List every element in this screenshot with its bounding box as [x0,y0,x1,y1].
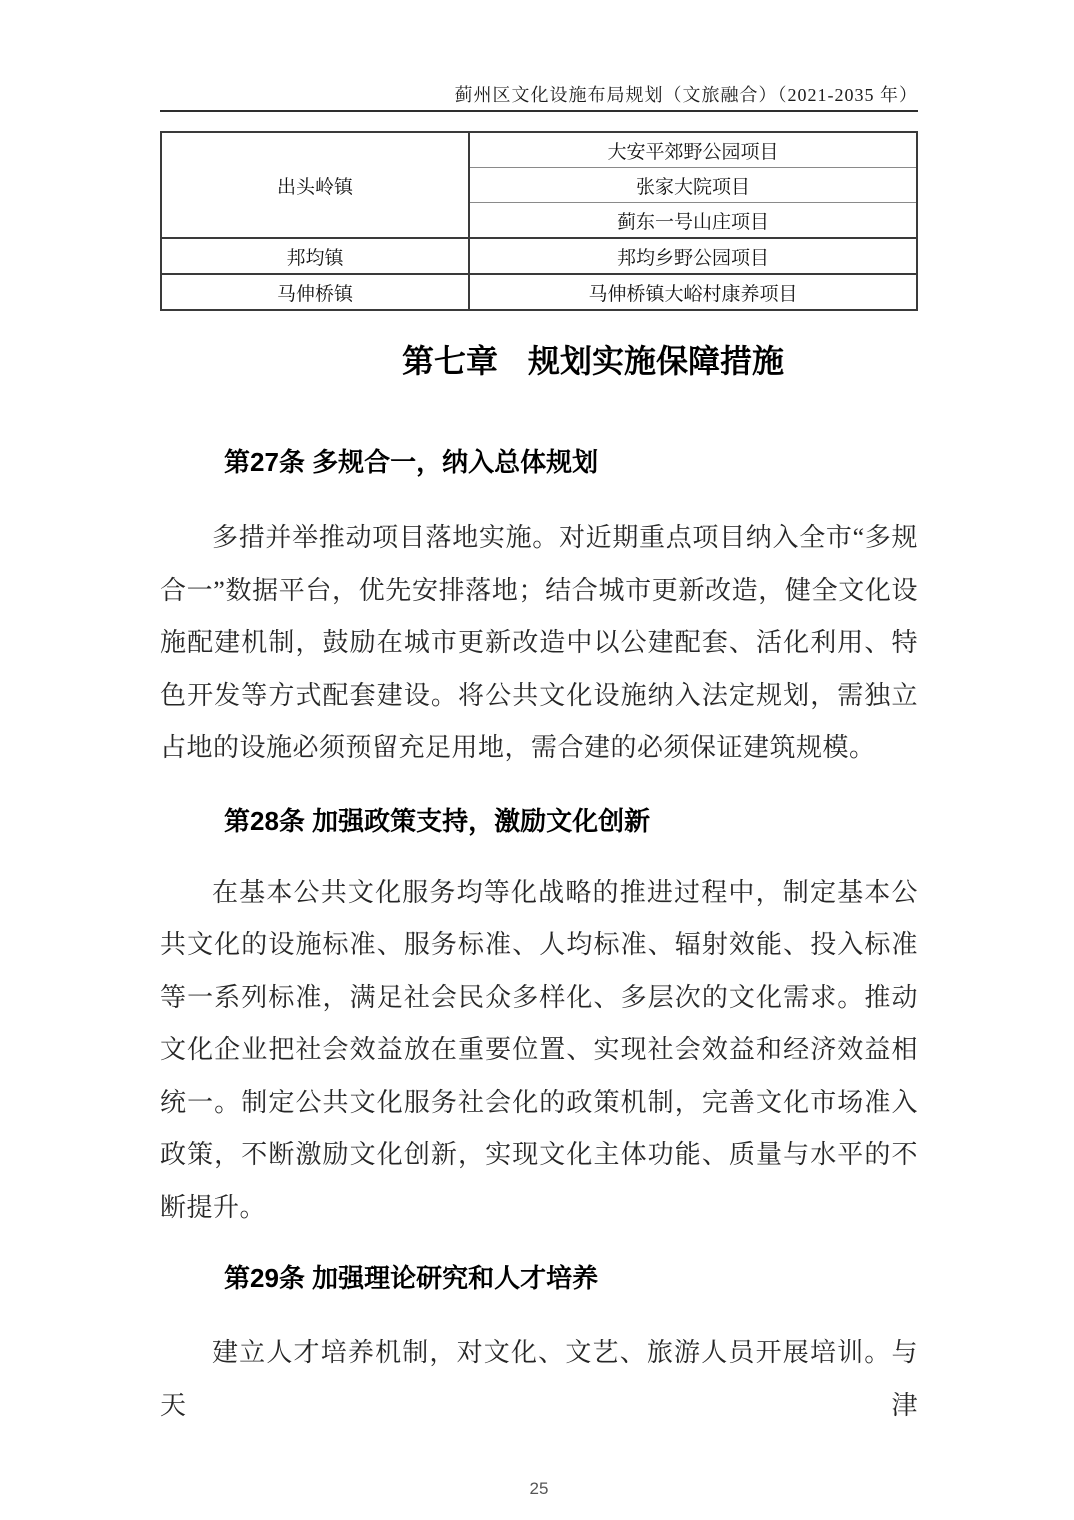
town-cell: 出头岭镇 [161,132,469,238]
project-cell: 马伸桥镇大峪村康养项目 [469,274,917,310]
table-row: 邦均镇 邦均乡野公园项目 [161,238,917,274]
project-cell: 大安平郊野公园项目 [469,132,917,168]
table-row: 马伸桥镇 马伸桥镇大峪村康养项目 [161,274,917,310]
table-row: 出头岭镇 大安平郊野公园项目 [161,132,917,168]
projects-table: 出头岭镇 大安平郊野公园项目 张家大院项目 蓟东一号山庄项目 邦均镇 邦均乡野公… [160,131,918,311]
page-content: 蓟州区文化设施布局规划（文旅融合）（2021-2035 年） 出头岭镇 大安平郊… [160,0,918,1499]
town-cell: 邦均镇 [161,238,469,274]
section-heading-29: 第29条 加强理论研究和人才培养 [224,1262,918,1294]
section-body-27: 多措并举推动项目落地实施。对近期重点项目纳入全市“多规合一”数据平台，优先安排落… [160,512,918,775]
page-number: 25 [160,1479,918,1499]
town-cell: 马伸桥镇 [161,274,469,310]
running-header: 蓟州区文化设施布局规划（文旅融合）（2021-2035 年） [160,0,918,112]
section-body-29: 建立人才培养机制，对文化、文艺、旅游人员开展培训。与天津 [160,1327,918,1432]
document-page: 蓟州区文化设施布局规划（文旅融合）（2021-2035 年） 出头岭镇 大安平郊… [0,0,1074,1520]
project-cell: 邦均乡野公园项目 [469,238,917,274]
project-cell: 张家大院项目 [469,168,917,203]
chapter-title: 第七章规划实施保障措施 [160,341,918,381]
chapter-title-text: 规划实施保障措施 [528,343,784,379]
chapter-label: 第七章 [402,343,498,379]
section-body-28: 在基本公共文化服务均等化战略的推进过程中，制定基本公共文化的设施标准、服务标准、… [160,867,918,1235]
section-heading-27: 第27条 多规合一，纳入总体规划 [224,446,918,478]
header-rule [160,110,918,112]
section-heading-28: 第28条 加强政策支持，激励文化创新 [224,805,918,837]
project-cell: 蓟东一号山庄项目 [469,203,917,239]
document-title-header: 蓟州区文化设施布局规划（文旅融合）（2021-2035 年） [160,84,918,106]
